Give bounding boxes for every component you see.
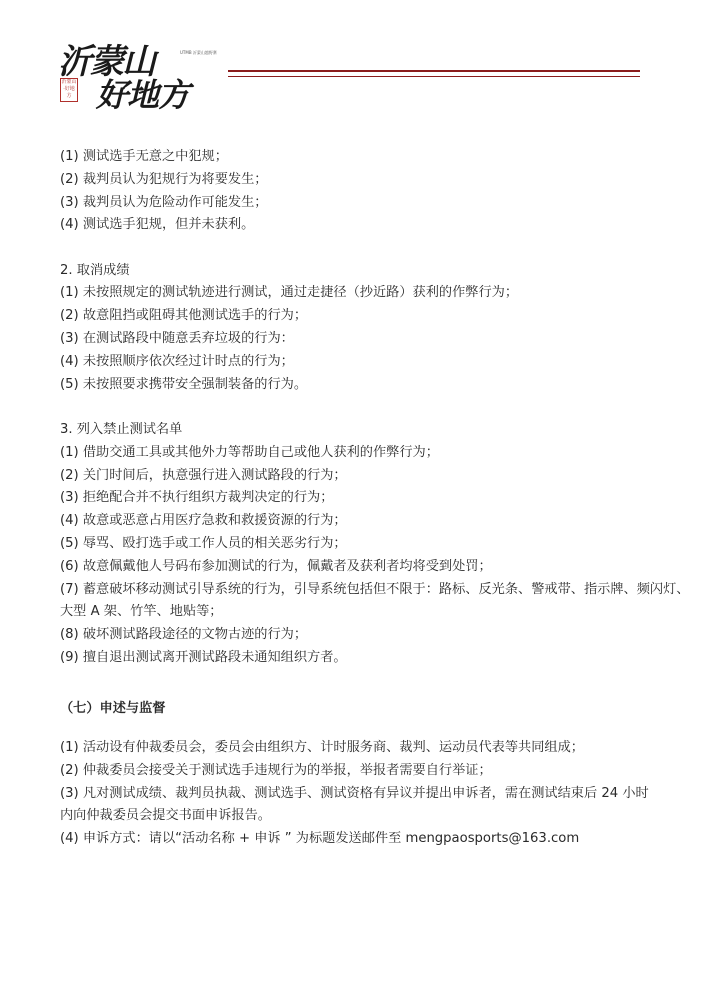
list-item: (2) 故意阻挡或阻碍其他测试选手的行为；	[60, 305, 660, 328]
list-item: (1) 借助交通工具或其他外力等帮助自己或他人获利的作弊行为；	[60, 442, 660, 465]
header-rule-thin	[228, 76, 640, 77]
list-item: (6) 故意佩戴他人号码布参加测试的行为，佩戴者及获利者均将受到处罚；	[60, 556, 660, 579]
penalty-list: (1) 测试选手无意之中犯规； (2) 裁判员认为犯规行为将要发生； (3) 裁…	[60, 146, 660, 237]
list-item: (9) 擅自退出测试离开测试路段未通知组织方者。	[60, 647, 660, 670]
ban-list-section: 3. 列入禁止测试名单 (1) 借助交通工具或其他外力等帮助自己或他人获利的作弊…	[60, 419, 660, 670]
section-heading: 3. 列入禁止测试名单	[60, 419, 660, 442]
section-heading: （七）申述与监督	[60, 698, 660, 721]
list-item: (7) 蓄意破坏移动测试引导系统的行为，引导系统包括但不限于：路标、反光条、警戒…	[60, 579, 660, 602]
logo-title-line2: 好地方	[96, 70, 189, 116]
list-item: (2) 裁判员认为犯规行为将要发生；	[60, 169, 660, 192]
page-header: 沂蒙山 好地方 沂蒙山 ·好地方 UTMB 沂蒙山越野赛	[0, 0, 702, 110]
list-item: (3) 裁判员认为危险动作可能发生；	[60, 192, 660, 215]
document-body: (1) 测试选手无意之中犯规； (2) 裁判员认为犯规行为将要发生； (3) 裁…	[60, 146, 660, 851]
cancel-results-section: 2. 取消成绩 (1) 未按照规定的测试轨迹进行测试，通过走捷径（抄近路）获利的…	[60, 260, 660, 397]
list-item-continued: 大型 A 架、竹竿、地贴等；	[60, 601, 660, 624]
list-item: (1) 测试选手无意之中犯规；	[60, 146, 660, 169]
list-item: (5) 辱骂、殴打选手或工作人员的相关恶劣行为；	[60, 533, 660, 556]
logo: 沂蒙山 好地方 沂蒙山 ·好地方 UTMB 沂蒙山越野赛	[58, 34, 228, 104]
list-item: (4) 测试选手犯规，但并未获利。	[60, 214, 660, 237]
list-item: (1) 未按照规定的测试轨迹进行测试，通过走捷径（抄近路）获利的作弊行为；	[60, 282, 660, 305]
logo-seal-icon: 沂蒙山 ·好地方	[60, 78, 78, 102]
list-item: (3) 凡对测试成绩、裁判员执裁、测试选手、测试资格有异议并提出申诉者，需在测试…	[60, 783, 660, 806]
list-item: (4) 故意或恶意占用医疗急救和救援资源的行为；	[60, 510, 660, 533]
header-rule-thick	[228, 70, 640, 72]
logo-tagline: UTMB 沂蒙山越野赛	[180, 50, 217, 56]
list-item-continued: 内向仲裁委员会提交书面申诉报告。	[60, 805, 660, 828]
list-item: (5) 未按照要求携带安全强制装备的行为。	[60, 374, 660, 397]
section-heading: 2. 取消成绩	[60, 260, 660, 283]
list-item: (2) 关门时间后，执意强行进入测试路段的行为；	[60, 465, 660, 488]
list-item: (2) 仲裁委员会接受关于测试选手违规行为的举报，举报者需要自行举证；	[60, 760, 660, 783]
list-item: (3) 拒绝配合并不执行组织方裁判决定的行为；	[60, 487, 660, 510]
list-item: (1) 活动设有仲裁委员会，委员会由组织方、计时服务商、裁判、运动员代表等共同组…	[60, 737, 660, 760]
list-item: (3) 在测试路段中随意丢弃垃圾的行为：	[60, 328, 660, 351]
list-item: (4) 未按照顺序依次经过计时点的行为；	[60, 351, 660, 374]
list-item: (8) 破坏测试路段途径的文物古迹的行为；	[60, 624, 660, 647]
list-item: (4) 申诉方式：请以“活动名称 + 申诉 ” 为标题发送邮件至 mengpao…	[60, 828, 660, 851]
appeal-section: （七）申述与监督 (1) 活动设有仲裁委员会，委员会由组织方、计时服务商、裁判、…	[60, 698, 660, 851]
